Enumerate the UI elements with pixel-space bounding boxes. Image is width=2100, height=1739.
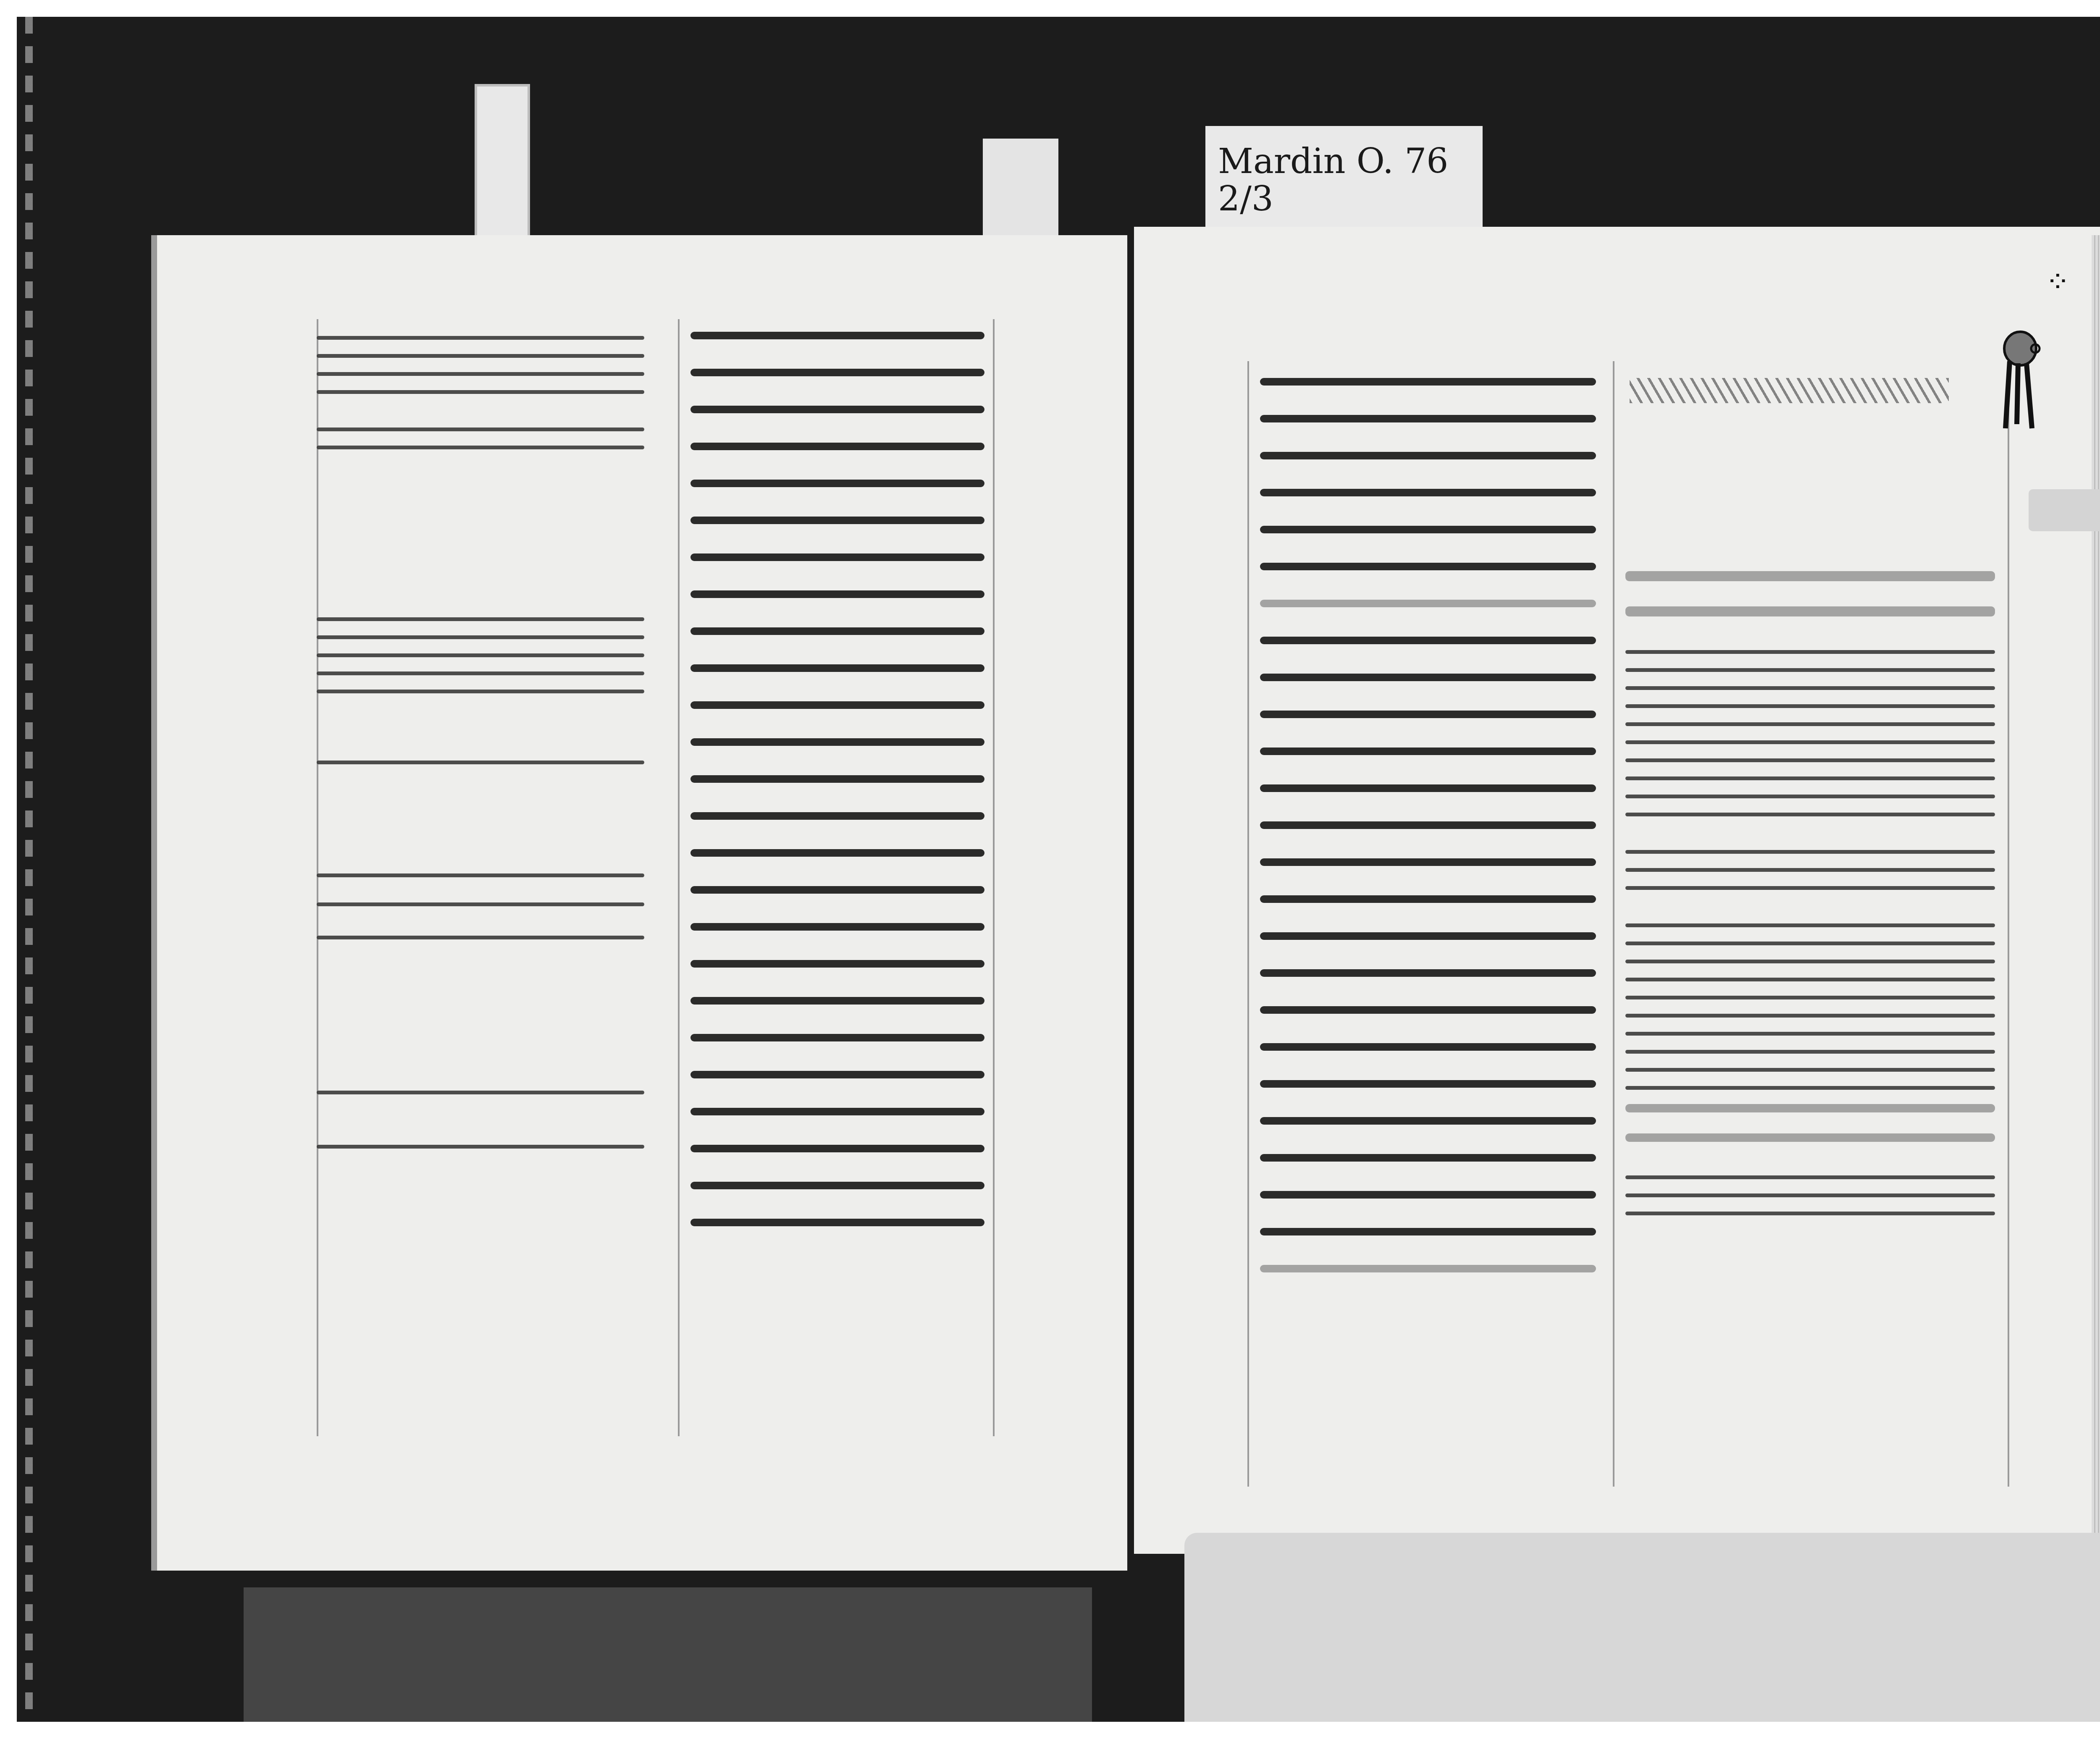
page-ratio: 2/3 bbox=[1218, 181, 1483, 218]
right-page bbox=[1134, 227, 2100, 1554]
margin-rule bbox=[2008, 361, 2009, 1487]
left-page bbox=[151, 235, 1127, 1571]
cover-right bbox=[1184, 1533, 2100, 1722]
binding-stitch bbox=[25, 17, 33, 1722]
margin-rule bbox=[1247, 361, 1249, 1487]
decorative-headpiece bbox=[1630, 378, 1949, 403]
margin-rule bbox=[678, 319, 680, 1436]
shelf-label: Mardin O. 76 2/3 bbox=[1205, 126, 1483, 227]
main-text-column bbox=[1260, 378, 1596, 1302]
shelf-mark: Mardin O. 76 bbox=[1218, 143, 1483, 181]
paper-tab bbox=[983, 139, 1058, 235]
cover-left bbox=[244, 1587, 1092, 1722]
margin-rule bbox=[993, 319, 995, 1436]
commentary-column bbox=[1625, 571, 1995, 1230]
margin-rule bbox=[1613, 361, 1614, 1487]
main-text-column bbox=[690, 332, 984, 1256]
punctuation-mark: ⁘ bbox=[2045, 265, 2070, 299]
bookmark-tab bbox=[2029, 489, 2100, 531]
page-edges bbox=[2092, 235, 2100, 1545]
photo-frame: Mardin O. 76 2/3 bbox=[17, 17, 2100, 1722]
margin-notes bbox=[317, 336, 644, 1163]
marginal-ornament-icon bbox=[1999, 311, 2041, 437]
